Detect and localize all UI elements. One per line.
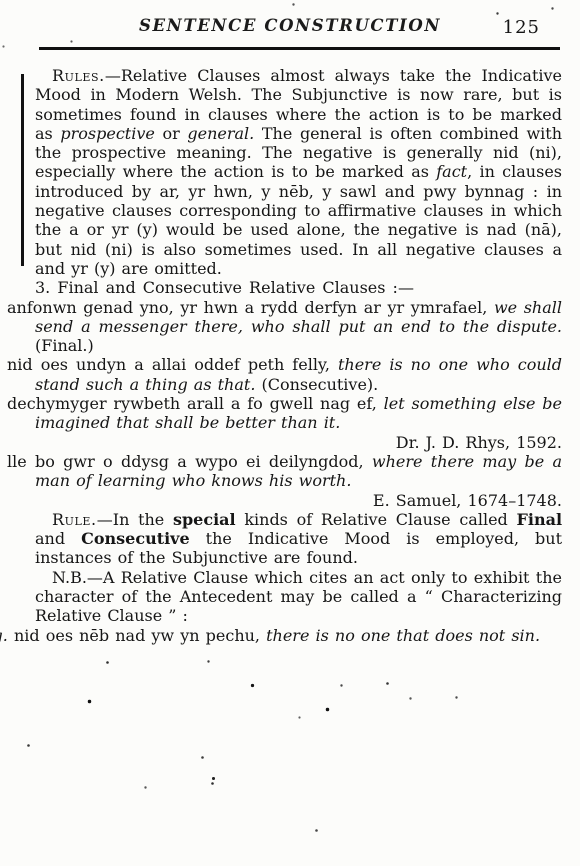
text-run: Final xyxy=(517,510,563,529)
running-head: SENTENCE CONSTRUCTION 125 xyxy=(0,16,580,42)
section-3-heading: 3. Final and Consecutive Relative Clause… xyxy=(35,278,562,297)
text-run: nid oes nēb nad yw yn pechu, xyxy=(14,626,266,645)
example-final-clause: anfonwn genad yno, yr hwn a rydd derfyn … xyxy=(35,298,562,356)
text-run: kinds of Relative Clause called xyxy=(236,510,517,529)
attribution-samuel: E. Samuel, 1674–1748. xyxy=(35,491,562,510)
text-run: (Consecutive). xyxy=(255,375,378,394)
running-head-title: SENTENCE CONSTRUCTION xyxy=(0,16,580,35)
text-run: —In the xyxy=(97,510,173,529)
scan-dust-specks xyxy=(0,0,1,1)
eg-example: e.g. nid oes nēb nad yw yn pechu, there … xyxy=(35,626,562,645)
text-run: nid oes undyn a allai oddef peth felly, xyxy=(7,355,338,374)
text-run: anfonwn genad yno, yr hwn a rydd derfyn … xyxy=(7,298,494,317)
page-body: Rules.—Relative Clauses almost always ta… xyxy=(35,66,562,645)
example-samuel-quote: lle bo gwr o ddysg a wypo ei deilyngdod,… xyxy=(35,452,562,491)
text-run: fact xyxy=(436,162,467,181)
rules-paragraph: Rules.—Relative Clauses almost always ta… xyxy=(35,66,562,278)
page-number: 125 xyxy=(503,17,540,38)
text-run: Consecutive xyxy=(81,529,190,548)
nb-paragraph: N.B.—A Relative Clause which cites an ac… xyxy=(35,568,562,626)
header-rule xyxy=(39,47,560,50)
example-consecutive-clause: nid oes undyn a allai oddef peth felly, … xyxy=(35,355,562,394)
attribution-rhys: Dr. J. D. Rhys, 1592. xyxy=(35,433,562,452)
text-run: Rule. xyxy=(52,510,97,529)
text-run: Rules. xyxy=(52,66,105,85)
text-run: or xyxy=(155,124,188,143)
text-run: prospective xyxy=(60,124,154,143)
example-rhys-quote: dechymyger rywbeth arall a fo gwell nag … xyxy=(35,394,562,433)
text-run: dechymyger rywbeth arall a fo gwell nag … xyxy=(7,394,384,413)
text-run: general. xyxy=(187,124,254,143)
text-run: e.g. xyxy=(0,626,14,645)
book-page-scan: SENTENCE CONSTRUCTION 125 Rules.—Relativ… xyxy=(0,0,580,866)
text-run: lle bo gwr o ddysg a wypo ei deilyngdod, xyxy=(7,452,372,471)
margin-print-bar xyxy=(21,74,24,266)
rule-paragraph: Rule.—In the special kinds of Relative C… xyxy=(35,510,562,568)
text-run: and xyxy=(35,529,81,548)
text-run: special xyxy=(173,510,236,529)
text-run: there is no one that does not sin. xyxy=(266,626,540,645)
text-run: (Final.) xyxy=(35,336,94,355)
text-run: N.B.—A Relative Clause which cites an ac… xyxy=(35,568,562,626)
text-run: 3. Final and Consecutive Relative Clause… xyxy=(35,278,414,297)
